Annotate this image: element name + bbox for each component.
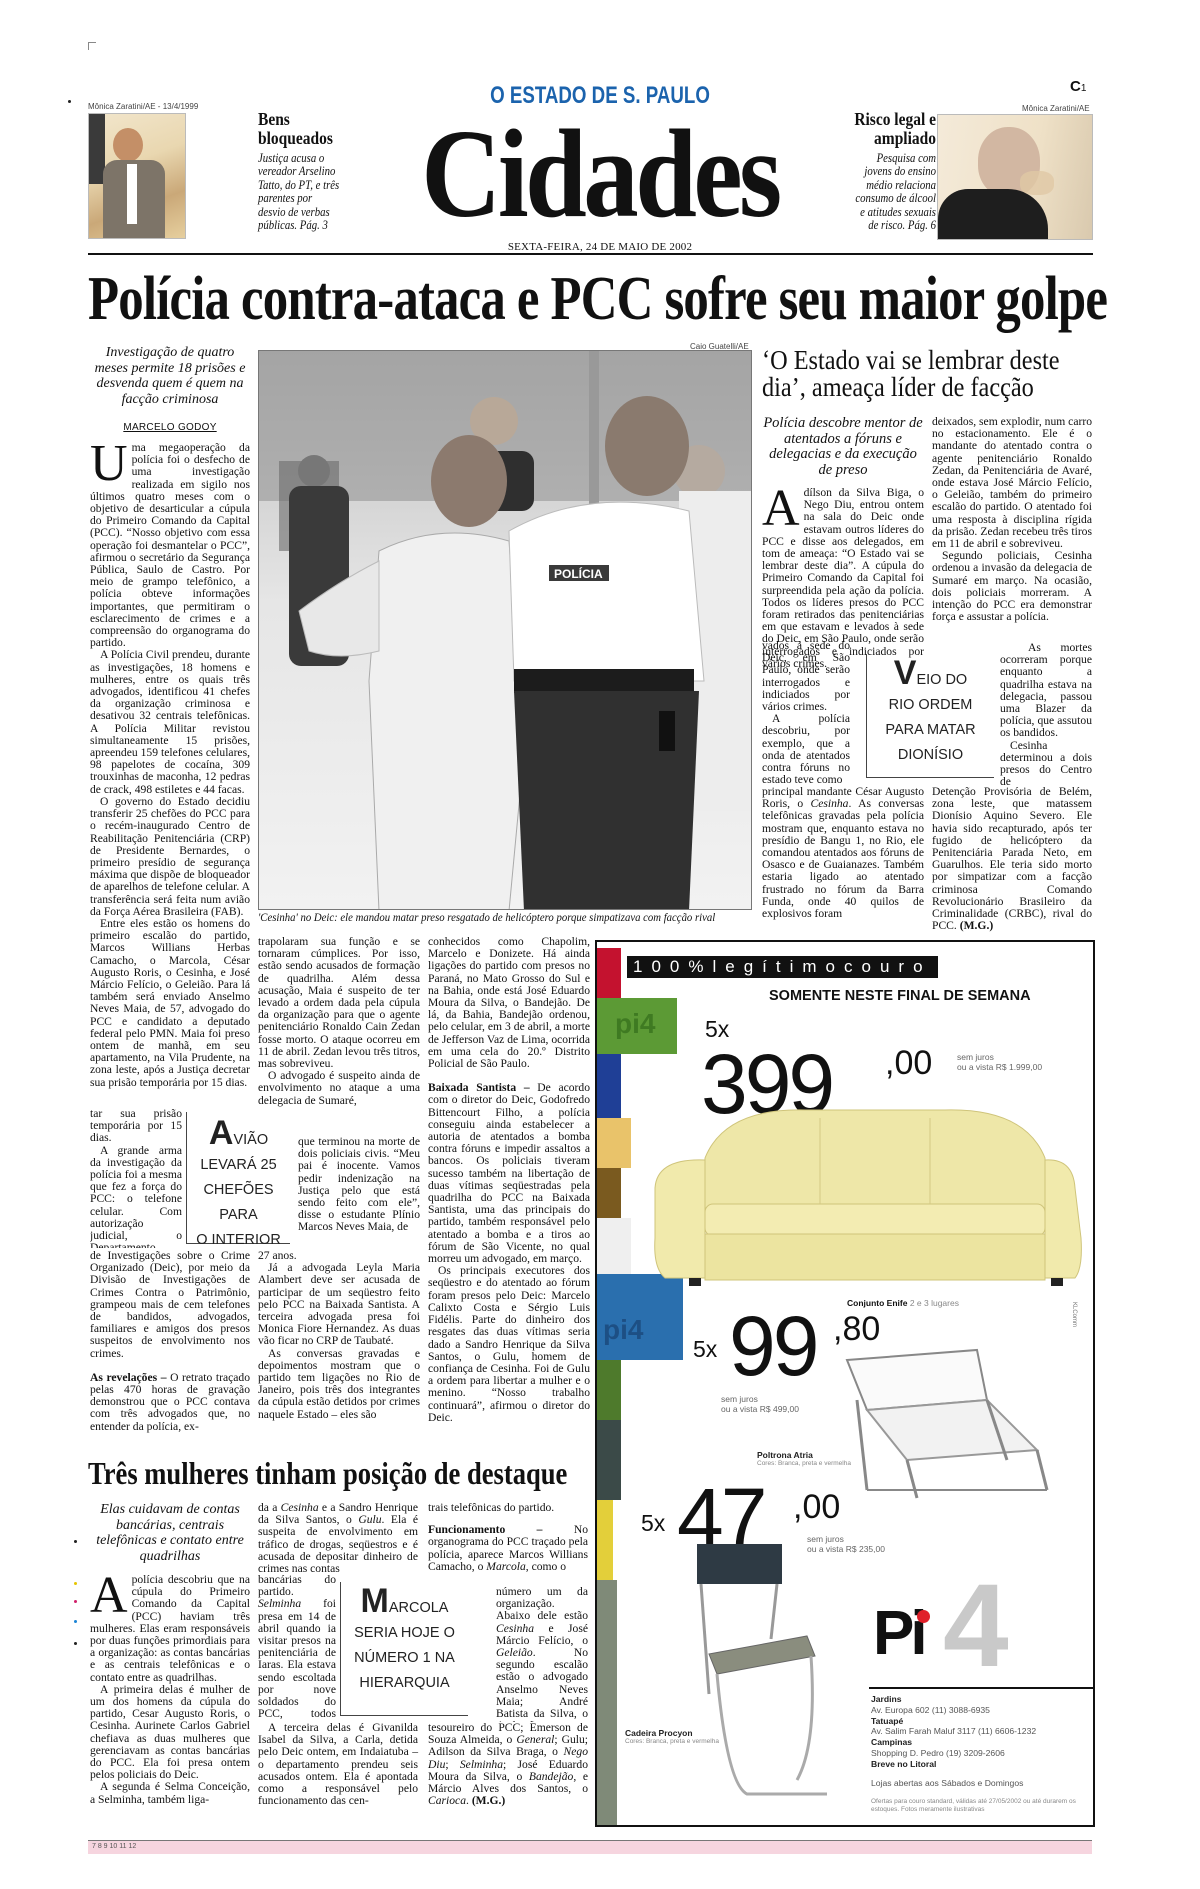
store-address: Shopping D. Pedro (19) 3209-2606 <box>871 1748 1093 1759</box>
item1-cents: ,00 <box>885 1046 932 1080</box>
footer-page-numbers: 7 8 9 10 11 12 <box>92 1843 136 1850</box>
pullquote-initial: V <box>894 654 917 692</box>
pi4-logo-dot <box>917 1610 930 1623</box>
second-story-column-2-upper: da a Cesinha e a Sandro Henrique da Silv… <box>258 1502 418 1574</box>
section-letter: C <box>1070 78 1081 95</box>
margin-dot <box>74 1600 77 1603</box>
main-dropcap: U <box>90 444 128 484</box>
item1-note: sem juros ou a vista R$ 1.999,00 <box>957 1052 1042 1072</box>
second-story-column-2-lower: A terceira delas é Givanilda Isabel da S… <box>258 1722 418 1807</box>
photo-illustration-icon: POLÍCIA <box>259 351 752 910</box>
second-story-column-2-narrow: bancárias do partido. Selminha foi presa… <box>258 1574 336 1720</box>
swatch-blue <box>597 1054 621 1118</box>
store-list: Jardins Av. Europa 602 (11) 3088-6935 Ta… <box>871 1694 1093 1814</box>
note-line: sem juros <box>807 1534 885 1544</box>
pullquote-line: SERIA HOJE O <box>341 1621 468 1646</box>
left-teaser-photo[interactable] <box>88 113 186 239</box>
paragraph: A terceira delas é Givanilda Isabel da S… <box>258 1722 418 1807</box>
pullquote-line: NÚMERO 1 NA <box>341 1646 468 1671</box>
second-story-column-3-upper: trais telefônicas do partido. Funcioname… <box>428 1502 588 1584</box>
swatch-grey-green <box>597 1580 617 1827</box>
pullquote-word: ARCOLA <box>389 1600 449 1616</box>
item3-installments: 5x <box>641 1510 665 1537</box>
pullquote-initial: M <box>361 1582 389 1620</box>
side-story-column-2-upper: deixados, sem explodir, num carro no est… <box>932 416 1092 654</box>
side-story-column-1-narrow: vados à sede do Deic, em São Paulo, onde… <box>762 640 850 786</box>
pullquote-initial: A <box>209 1114 234 1152</box>
store-address: Av. Salim Farah Maluf 3117 (11) 6606-123… <box>871 1726 1093 1737</box>
second-story-column-3-narrow: número um da organização. Abaixo dele es… <box>496 1586 588 1722</box>
swatch-tan <box>597 1118 631 1168</box>
item2-installments: 5x <box>693 1336 717 1363</box>
margin-dot <box>74 1582 77 1585</box>
item3-cents: ,00 <box>793 1490 840 1524</box>
side-deck: Polícia descobre mentor de atentados a f… <box>762 416 924 478</box>
swatch-red <box>597 948 621 998</box>
store-hours: Lojas abertas aos Sábados e Domingos <box>871 1778 1093 1789</box>
section-page-label: C1 <box>1070 78 1086 95</box>
paragraph: deixados, sem explodir, num carro no est… <box>932 416 1092 550</box>
main-deck: Investigação de quatro meses permite 18 … <box>90 345 250 407</box>
side-headline: ‘O Estado vai se lembrar deste dia’, ame… <box>762 347 1095 401</box>
note-line: ou a vista R$ 499,00 <box>721 1404 799 1414</box>
item1-name: Conjunto Enife <box>847 1298 907 1308</box>
seal-logo-text: pi4 <box>615 1008 655 1040</box>
armchair-image-icon <box>837 1340 1067 1500</box>
swatch-brown <box>597 1168 621 1218</box>
main-story-column-3: conhecidos como Chapolim, Marcelo e Doni… <box>428 936 590 1424</box>
pullquote-line: PARA MATAR <box>867 718 994 743</box>
paragraph: trais telefônicas do partido. <box>428 1502 588 1514</box>
swatch-yellow <box>597 1500 613 1580</box>
signature: (M.G.) <box>472 1794 505 1807</box>
dateline: SEXTA-FEIRA, 24 DE MAIO DE 2002 <box>508 241 692 253</box>
item1-detail: 2 e 3 lugares <box>910 1298 959 1308</box>
side-dropcap: A <box>762 489 800 529</box>
item2-note: sem juros ou a vista R$ 499,00 <box>721 1394 799 1414</box>
header-rule <box>88 253 1093 255</box>
pi4-logo-4: 4 <box>943 1558 1009 1694</box>
paragraph: Os principais executores dos seqüestro e… <box>428 1265 590 1424</box>
margin-dot <box>74 1642 77 1645</box>
pullquote-line: LEVARÁ 25 <box>187 1153 290 1178</box>
subhead-baixada-santista: Baixada Santista <box>428 1081 516 1094</box>
paragraph: As mortes ocorreram porque enquanto a qu… <box>1000 642 1092 740</box>
paragraph: O governo do Estado decidiu transferir 2… <box>90 796 250 918</box>
second-deck: Elas cuidavam de contas bancárias, centr… <box>90 1502 250 1564</box>
left-teaser-link[interactable]: Bens bloqueados Justiça acusa o vereador… <box>258 110 358 232</box>
pi4-seal-green: pi4 <box>597 998 677 1054</box>
signature: (M.G.) <box>960 919 993 932</box>
pullquote-line: HIERARQUIA <box>341 1671 468 1696</box>
subhead-funcionamento: Funcionamento <box>428 1523 505 1536</box>
second-dropcap: A <box>90 1576 128 1616</box>
store-name: Jardins <box>871 1694 902 1704</box>
paragraph: A primeira delas é mulher de um dos home… <box>90 1684 250 1782</box>
second-headline: Três mulheres tinham posição de destaque <box>88 1455 567 1492</box>
store-address: Av. Europa 602 (11) 3088-6935 <box>871 1705 1093 1716</box>
margin-dot <box>74 1620 77 1623</box>
margin-dot <box>74 1540 77 1543</box>
right-teaser-photo[interactable] <box>937 114 1093 240</box>
main-story-column-1-bottom: de Investigações sobre o Crime Organizad… <box>90 1250 250 1433</box>
second-story-column-3-lower: tesoureiro do PCC; Emerson de Souza Alme… <box>428 1722 588 1807</box>
margin-dot <box>68 100 71 103</box>
paragraph: Já a advogada Leyla Maria Alambert deve … <box>258 1262 420 1347</box>
right-teaser-photo-credit: Mônica Zaratini/AE <box>1022 104 1090 113</box>
pi4-logo-pi: Pi <box>873 1598 924 1669</box>
pullquote-marcola: MARCOLA SERIA HOJE O NÚMERO 1 NA HIERARQ… <box>340 1582 468 1716</box>
pullquote-line: RIO ORDEM <box>867 693 994 718</box>
left-teaser-title: Bens bloqueados <box>258 110 353 148</box>
paragraph: Entre eles estão os homens do primeiro e… <box>90 918 250 1089</box>
pullquote-veio-do-rio: VEIO DO RIO ORDEM PARA MATAR DIONÍSIO <box>866 654 994 778</box>
right-teaser-body: Pesquisa com jovens do ensino médio rela… <box>850 152 936 232</box>
svg-text:POLÍCIA: POLÍCIA <box>554 566 603 581</box>
swatch-green <box>597 1360 621 1420</box>
item3-label: Cadeira Procyon Cores: Branca, preta e v… <box>625 1728 719 1745</box>
pullquote-word: EIO DO <box>916 672 967 688</box>
store-name: Tatuapé <box>871 1716 903 1726</box>
note-line: ou a vista R$ 1.999,00 <box>957 1062 1042 1072</box>
swatch-dark <box>597 1420 621 1500</box>
paragraph: trapolaram sua função e se tornaram cúmp… <box>258 936 420 1070</box>
side-story-column-1-lower: principal mandante César Augusto Roris, … <box>762 786 924 920</box>
advertisement-pi4[interactable]: pi4 pi4 100%legítimocouro SOMENTE NESTE … <box>595 940 1095 1827</box>
sofa-image-icon <box>645 1098 1085 1298</box>
main-photo[interactable]: POLÍCIA <box>258 350 752 910</box>
pullquote-line: CHEFÕES PARA <box>187 1178 290 1228</box>
paragraph: De acordo com o diretor do Deic, Godofre… <box>428 1081 590 1265</box>
main-byline: MARCELO GODOY <box>90 422 250 433</box>
note-line: sem juros <box>721 1394 799 1404</box>
masthead-title-wrap: Cidades <box>360 112 840 238</box>
note-line: sem juros <box>957 1052 1042 1062</box>
chair-image-icon <box>687 1544 837 1804</box>
logo-rule <box>869 1687 1095 1689</box>
side-story-column-2-narrow: As mortes ocorreram porque enquanto a qu… <box>1000 642 1092 788</box>
main-photo-caption: 'Cesinha' no Deic: ele mandou matar pres… <box>258 912 715 924</box>
store-name: Campinas <box>871 1737 912 1747</box>
ad-disclaimer: Ofertas para couro standard, válidas até… <box>871 1798 1093 1814</box>
main-story-column-2-lower: 27 anos. Já a advogada Leyla Maria Alamb… <box>258 1250 420 1421</box>
crop-mark <box>88 42 96 50</box>
right-teaser-link[interactable]: Risco legal e ampliado Pesquisa com jove… <box>836 110 936 232</box>
section-masthead: Cidades <box>389 112 811 238</box>
paragraph: As conversas gravadas e depoimentos most… <box>258 1348 420 1421</box>
main-headline: Polícia contra-ataca e PCC sofre seu mai… <box>88 268 1107 330</box>
pi4-logo: Pi 4 <box>873 1570 1053 1680</box>
right-teaser-title: Risco legal e ampliado <box>850 110 936 148</box>
paragraph: conhecidos como Chapolim, Marcelo e Doni… <box>428 936 590 1070</box>
subhead-as-revelacoes: As revelações <box>90 1371 157 1384</box>
second-story-column-1: Apolícia descobriu que na cúpula do Prim… <box>90 1574 250 1806</box>
agency-mark: KLComm <box>1071 1302 1077 1327</box>
ad-headline: SOMENTE NESTE FINAL DE SEMANA <box>769 988 1031 1004</box>
main-story-column-2-upper: trapolaram sua função e se tornaram cúmp… <box>258 936 420 1136</box>
item3-name: Cadeira Procyon <box>625 1728 719 1738</box>
paragraph: A segunda é Selma Conceição, a Selminha,… <box>90 1781 250 1805</box>
pullquote-line: DIONÍSIO <box>867 743 994 768</box>
paragraph: Segundo policiais, Cesinha ordenou a inv… <box>932 550 1092 623</box>
paragraph: A Polícia Civil prendeu, durante as inve… <box>90 649 250 795</box>
side-story-column-2-lower: Detenção Provisória de Belém, zona leste… <box>932 786 1092 932</box>
left-teaser-photo-credit: Mônica Zaratini/AE - 13/4/1999 <box>88 102 198 111</box>
footer-band: 7 8 9 10 11 12 <box>88 1840 1092 1854</box>
seal-logo-text: pi4 <box>603 1314 643 1346</box>
main-story-column-1-narrow: tar sua prisão temporária por 15 dias. A… <box>90 1108 182 1248</box>
item2-price: 99 <box>729 1304 816 1388</box>
ad-banner: 100%legítimocouro <box>627 956 938 978</box>
item3-detail: Cores: Branca, preta e vermelha <box>625 1738 719 1745</box>
main-story-column-2-narrow: que terminou na morte de dois policiais … <box>298 1136 420 1250</box>
item1-label: Conjunto Enife 2 e 3 lugares <box>847 1298 959 1308</box>
main-story-column-1: Uma megaoperação da polícia foi o desfec… <box>90 442 250 1106</box>
left-teaser-body: Justiça acusa o vereador Arselino Tatto,… <box>258 152 341 232</box>
swatch-white <box>597 1218 631 1274</box>
page-number: 1 <box>1081 83 1087 94</box>
store-name: Breve no Litoral <box>871 1759 936 1769</box>
